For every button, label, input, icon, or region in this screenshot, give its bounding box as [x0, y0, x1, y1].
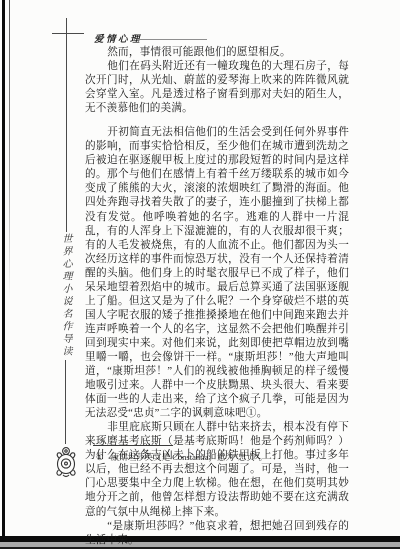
header-rule — [137, 39, 207, 40]
paragraph: “是康斯坦莎吗？”他哀求着，想把她召回到残存的生活中来。 — [85, 520, 349, 548]
series-title-vertical: 世界心理小说名作导读 — [58, 233, 73, 361]
footnote: ① 康斯坦莎英文是 Constantia，意为“忠贞”。 — [96, 452, 346, 463]
page-background: 爱情心理 世界心理小说名作导读 然而，事情很可能跟他们的愿望相反。 他们在码头附… — [0, 0, 400, 560]
scan-page-edge-line — [9, 0, 10, 300]
scan-edge-left — [2, 0, 5, 548]
margin-rule-bottom — [65, 360, 66, 444]
margin-rule-top — [66, 18, 67, 232]
paragraph: 他们在码头附近还有一幢玫瑰色的大理石房子，每次开门时，从光灿、蔚蓝的爱琴海上吹来… — [85, 60, 349, 116]
header-cross-tick — [52, 33, 84, 34]
paragraph: 开初简直无法相信他们的生活会受到任何外界事件的影响，而事实恰恰相反，至少他们在城… — [85, 126, 349, 421]
paragraph: 然而，事情很可能跟他们的愿望相反。 — [85, 46, 349, 60]
running-header-title: 爱情心理 — [94, 31, 142, 45]
scanned-book-page: { "header": { "title": "爱情心理" }, "sideba… — [0, 0, 400, 560]
ornament-icon — [50, 444, 82, 480]
paragraph: 非里庇底斯只顾在人群中钻来挤去，根本没有停下来琢磨基考底斯（是基考底斯吗！他是个… — [85, 421, 349, 519]
footnote-marker: ① — [96, 452, 104, 463]
scan-edge-bottom-margin — [0, 549, 400, 560]
body-text-block: 然而，事情很可能跟他们的愿望相反。 他们在码头附近还有一幢玫瑰色的大理石房子，每… — [85, 46, 349, 548]
footnote-text: 康斯坦莎英文是 Constantia，意为“忠贞”。 — [111, 452, 268, 463]
footnote-separator — [93, 445, 173, 446]
